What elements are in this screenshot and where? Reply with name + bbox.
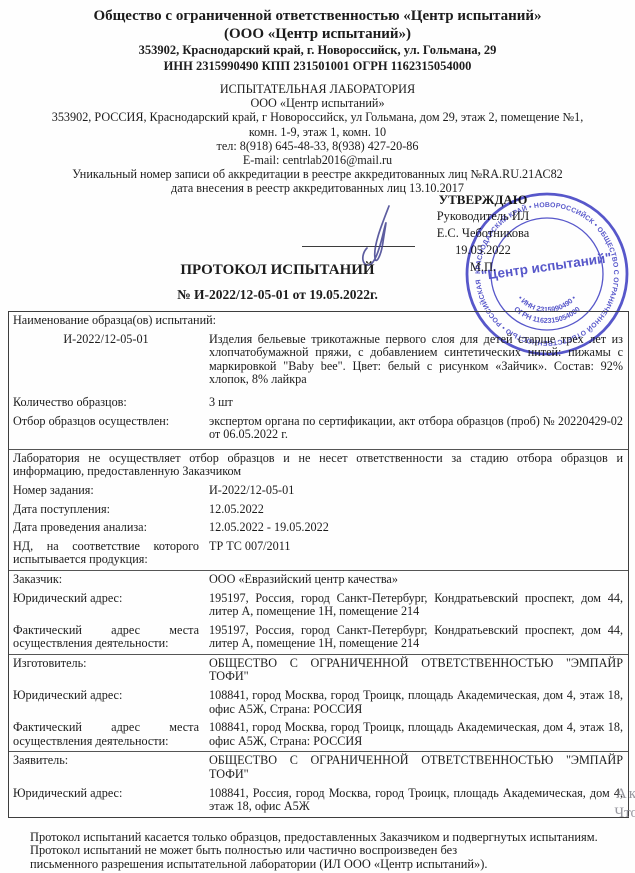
row-label: Юридический адрес: xyxy=(13,689,209,716)
footer-line3: письменного разрешения испытательной лаб… xyxy=(30,858,605,871)
protocol-title-block: ПРОТОКОЛ ИСПЫТАНИЙ № И-2022/12-05-01 от … xyxy=(0,262,555,303)
table-row: Дата проведения анализа: 12.05.2022 - 19… xyxy=(9,519,628,538)
protocol-table: Наименование образца(ов) испытаний: И-20… xyxy=(8,311,629,818)
footer-notes: Протокол испытаний касается только образ… xyxy=(30,831,605,871)
row-label: Дата поступления: xyxy=(13,503,209,517)
table-row: Лаборатория не осуществляет отбор образц… xyxy=(9,449,628,482)
table-row: Дата поступления: 12.05.2022 xyxy=(9,501,628,520)
row-value: ОБЩЕСТВО С ОГРАНИЧЕННОЙ ОТВЕТСТВЕННОСТЬЮ… xyxy=(209,754,623,781)
table-row: НД, на соответствие которого испытываетс… xyxy=(9,538,628,570)
row-label: Количество образцов: xyxy=(13,396,209,410)
lab-email: E-mail: centrlab2016@mail.ru xyxy=(0,153,635,167)
table-row: Юридический адрес: 108841, Россия, город… xyxy=(9,785,628,817)
org-address: 353902, Краснодарский край, г. Новоросси… xyxy=(0,43,635,59)
table-row: Количество образцов: 3 шт xyxy=(9,394,628,413)
row-value: 195197, Россия, город Санкт-Петербург, К… xyxy=(209,592,623,619)
row-value: 12.05.2022 xyxy=(209,503,623,517)
row-value: 108841, Россия, город Москва, город Трои… xyxy=(209,787,623,814)
org-codes: ИНН 2315990490 КПП 231501001 ОГРН 116231… xyxy=(0,59,635,75)
row-label: Изготовитель: xyxy=(13,657,209,684)
row-label: И-2022/12-05-01 xyxy=(13,333,209,387)
row-value: 108841, город Москва, город Троицк, площ… xyxy=(209,721,623,748)
row-label: Фактический адрес места осуществления де… xyxy=(13,624,209,651)
row-value: 195197, Россия, город Санкт-Петербург, К… xyxy=(209,624,623,651)
row-label: Юридический адрес: xyxy=(13,787,209,814)
table-row: Юридический адрес: 195197, Россия, город… xyxy=(9,590,628,622)
table-row: Заказчик: ООО «Евразийский центр качеств… xyxy=(9,570,628,590)
lab-address-line2: комн. 1-9, этаж 1, комн. 10 xyxy=(0,125,635,139)
footer-line2: Протокол испытаний не может быть полност… xyxy=(30,844,605,857)
lab-accreditation-line1: Уникальный номер записи об аккредитации … xyxy=(0,167,635,181)
org-name-line1: Общество с ограниченной ответственностью… xyxy=(0,7,635,25)
lab-phone: тел: 8(918) 645-48-33, 8(938) 427-20-86 xyxy=(0,139,635,153)
row-value: 12.05.2022 - 19.05.2022 xyxy=(209,521,623,535)
row-value: ТР ТС 007/2011 xyxy=(209,540,623,567)
table-row: Фактический адрес места осуществления де… xyxy=(9,719,628,751)
row-label: Номер задания: xyxy=(13,484,209,498)
row-value: ООО «Евразийский центр качества» xyxy=(209,573,623,587)
row-label: Заказчик: xyxy=(13,573,209,587)
protocol-number: № И-2022/12-05-01 от 19.05.2022г. xyxy=(0,287,555,303)
footer-line1: Протокол испытаний касается только образ… xyxy=(30,831,605,844)
org-name-line2: (ООО «Центр испытаний») xyxy=(0,25,635,43)
table-row: Фактический адрес места осуществления де… xyxy=(9,622,628,654)
row-label: НД, на соответствие которого испытываетс… xyxy=(13,540,209,567)
row-label: Юридический адрес: xyxy=(13,592,209,619)
lab-block: ИСПЫТАТЕЛЬНАЯ ЛАБОРАТОРИЯ ООО «Центр исп… xyxy=(0,82,635,196)
row-value: ОБЩЕСТВО С ОГРАНИЧЕННОЙ ОТВЕТСТВЕННОСТЬЮ… xyxy=(209,657,623,684)
row-label: Дата проведения анализа: xyxy=(13,521,209,535)
row-label: Фактический адрес места осуществления де… xyxy=(13,721,209,748)
table-row: Юридический адрес: 108841, город Москва,… xyxy=(9,687,628,719)
row-value: экспертом органа по сертификации, акт от… xyxy=(209,415,623,442)
lab-org: ООО «Центр испытаний» xyxy=(0,96,635,110)
row-value: И-2022/12-05-01 xyxy=(209,484,623,498)
row-label: Заявитель: xyxy=(13,754,209,781)
scan-edge-artifact: Что xyxy=(614,805,635,822)
table-row: Изготовитель: ОБЩЕСТВО С ОГРАНИЧЕННОЙ ОТ… xyxy=(9,654,628,687)
row-value: 3 шт xyxy=(209,396,623,410)
table-row: Отбор образцов осуществлен: экспертом ор… xyxy=(9,413,628,449)
row-label: Отбор образцов осуществлен: xyxy=(13,415,209,442)
table-row: Номер задания: И-2022/12-05-01 xyxy=(9,482,628,501)
scan-edge-artifact: Ак xyxy=(616,786,635,803)
org-header: Общество с ограниченной ответственностью… xyxy=(0,7,635,74)
table-row: Наименование образца(ов) испытаний: xyxy=(9,312,628,331)
row-value: Изделия бельевые трикотажные первого сло… xyxy=(209,333,623,387)
row-section-label: Наименование образца(ов) испытаний: xyxy=(13,314,623,328)
document-page: Общество с ограниченной ответственностью… xyxy=(0,0,635,873)
protocol-title: ПРОТОКОЛ ИСПЫТАНИЙ xyxy=(0,262,555,279)
table-row: И-2022/12-05-01 Изделия бельевые трикота… xyxy=(9,331,628,394)
lab-title: ИСПЫТАТЕЛЬНАЯ ЛАБОРАТОРИЯ xyxy=(0,82,635,96)
row-note: Лаборатория не осуществляет отбор образц… xyxy=(13,452,623,479)
row-value: 108841, город Москва, город Троицк, площ… xyxy=(209,689,623,716)
table-row: Заявитель: ОБЩЕСТВО С ОГРАНИЧЕННОЙ ОТВЕТ… xyxy=(9,751,628,784)
lab-address-line1: 353902, РОССИЯ, Краснодарский край, г Но… xyxy=(0,110,635,124)
